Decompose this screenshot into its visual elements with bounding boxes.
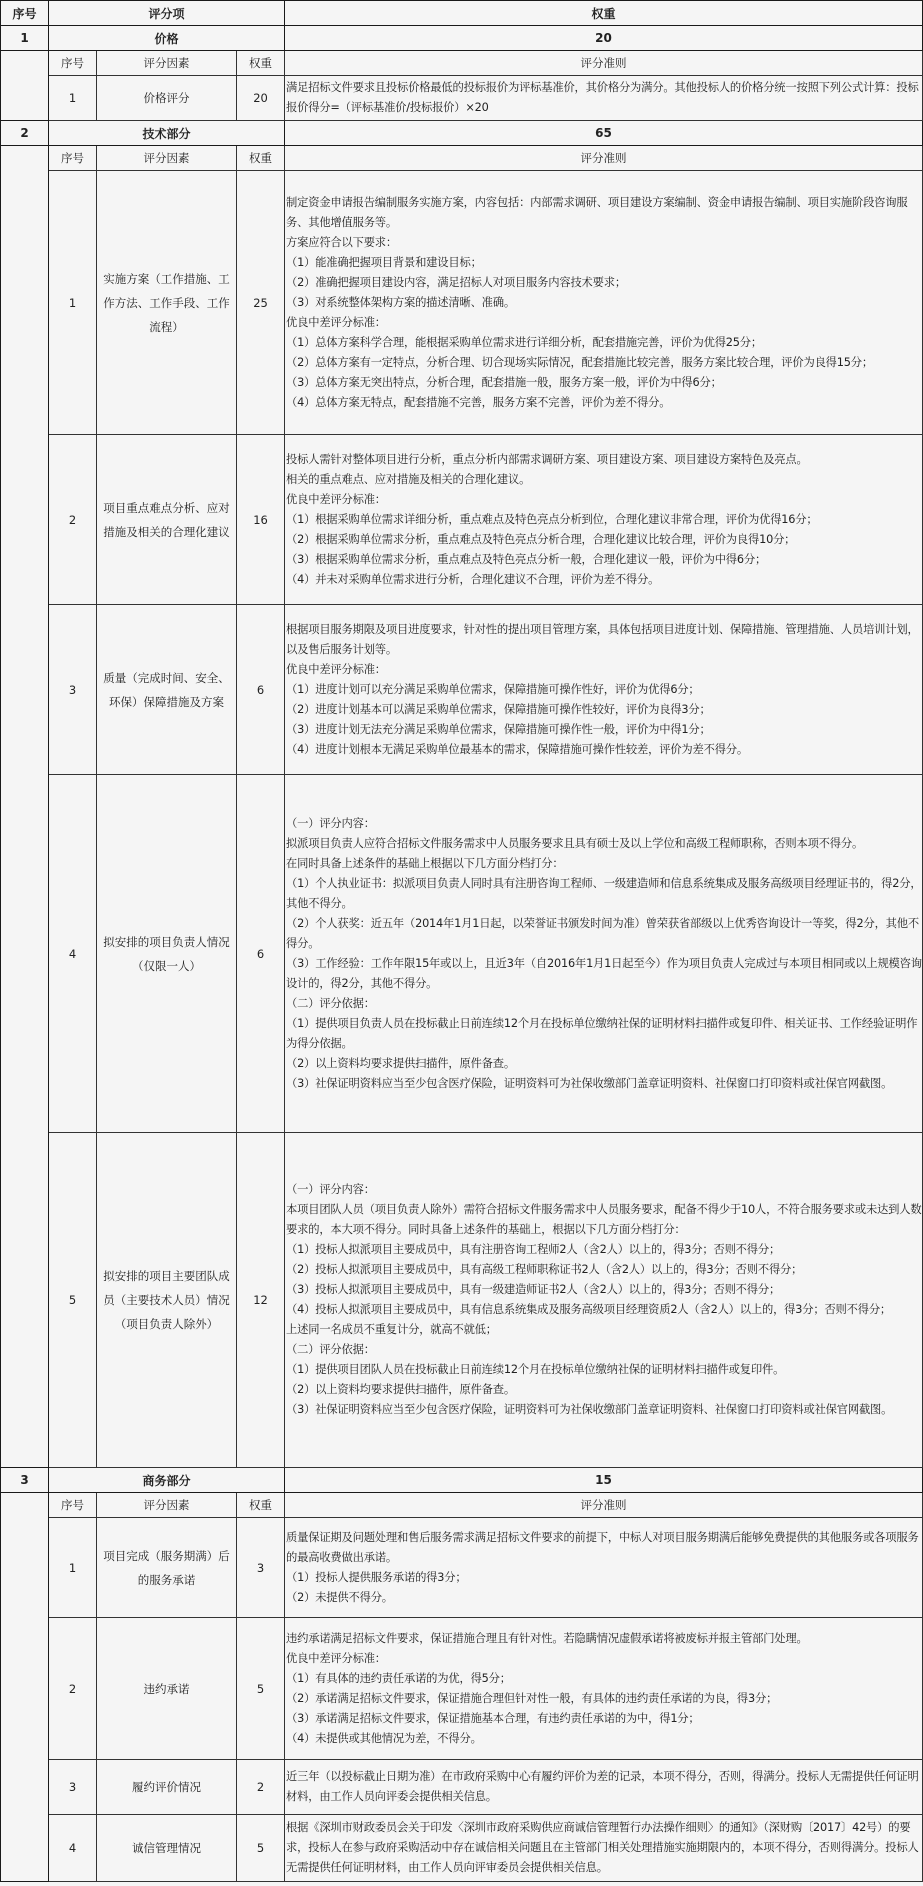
criteria-line: （3）进度计划无法充分满足采购单位需求，保障措施可操作性一般，评价为中得1分； — [286, 720, 922, 740]
section-name: 技术部分 — [49, 121, 285, 146]
item-seq: 4 — [49, 1815, 97, 1882]
subheader-factor: 评分因素 — [97, 51, 237, 76]
criteria-line: 本项目团队人员（项目负责人除外）需符合招标文件服务需求中人员服务要求，配备不得少… — [286, 1200, 922, 1240]
table-row: 4诚信管理情况5根据《深圳市财政委员会关于印发〈深圳市政府采购供应商诚信管理暂行… — [1, 1815, 923, 1882]
scoring-table: 序号 评分项 权重 1价格20序号评分因素权重评分准则1价格评分20满足招标文件… — [0, 0, 923, 1882]
header-item: 评分项 — [49, 1, 285, 26]
criteria-line: 方案应符合以下要求： — [286, 233, 922, 253]
item-factor: 诚信管理情况 — [97, 1815, 237, 1882]
criteria-line: 优良中差评分标准： — [286, 660, 922, 680]
table-row: 1实施方案（工作措施、工作方法、工作手段、工作流程）25制定资金申请报告编制服务… — [1, 171, 923, 435]
item-criteria: （一）评分内容：本项目团队人员（项目负责人除外）需符合招标文件服务需求中人员服务… — [285, 1133, 923, 1468]
item-factor: 价格评分 — [97, 76, 237, 121]
item-criteria: 满足招标文件要求且投标价格最低的投标报价为评标基准价，其价格分为满分。其他投标人… — [285, 76, 923, 121]
criteria-line: 上述同一名成员不重复计分，就高不就低； — [286, 1320, 922, 1340]
item-weight: 6 — [237, 775, 285, 1133]
table-row: 2违约承诺5违约承诺满足招标文件要求，保证措施合理且有针对性。若隐瞒情况虚假承诺… — [1, 1618, 923, 1760]
section-weight: 15 — [285, 1468, 923, 1493]
criteria-line: （一）评分内容： — [286, 1180, 922, 1200]
criteria-line: （4）投标人拟派项目主要成员中，具有信息系统集成及服务高级项目经理资质2人（含2… — [286, 1300, 922, 1320]
item-criteria: 质量保证期及问题处理和售后服务需求满足招标文件要求的前提下，中标人对项目服务期满… — [285, 1518, 923, 1618]
table-row: 2项目重点难点分析、应对措施及相关的合理化建议16投标人需针对整体项目进行分析，… — [1, 435, 923, 605]
criteria-line: （3）对系统整体架构方案的描述清晰、准确。 — [286, 293, 922, 313]
item-weight: 6 — [237, 605, 285, 775]
item-factor: 拟安排的项目负责人情况（仅限一人） — [97, 775, 237, 1133]
section-seq: 3 — [1, 1468, 49, 1493]
table-row: 5拟安排的项目主要团队成员（主要技术人员）情况（项目负责人除外）12（一）评分内… — [1, 1133, 923, 1468]
item-seq: 1 — [49, 171, 97, 435]
criteria-line: （2）以上资料均要求提供扫描件，原件备查。 — [286, 1380, 922, 1400]
item-weight: 16 — [237, 435, 285, 605]
subheader-criteria: 评分准则 — [285, 146, 923, 171]
criteria-line: （4）总体方案无特点，配套措施不完善，服务方案不完善，评价为差不得分。 — [286, 393, 922, 413]
criteria-line: （2）承诺满足招标文件要求，保证措施合理但针对性一般，有具体的违约责任承诺的为良… — [286, 1689, 922, 1709]
criteria-line: 质量保证期及问题处理和售后服务需求满足招标文件要求的前提下，中标人对项目服务期满… — [286, 1528, 922, 1568]
subheader-seq: 序号 — [49, 146, 97, 171]
criteria-line: 优良中差评分标准： — [286, 313, 922, 333]
subheader-weight: 权重 — [237, 51, 285, 76]
item-weight: 20 — [237, 76, 285, 121]
table-row: 3履约评价情况2近三年（以投标截止日期为准）在市政府采购中心有履约评价为差的记录… — [1, 1760, 923, 1815]
section-name: 商务部分 — [49, 1468, 285, 1493]
criteria-line: （2）投标人拟派项目主要成员中，具有高级工程师职称证书2人（含2人）以上的，得3… — [286, 1260, 922, 1280]
item-seq: 3 — [49, 1760, 97, 1815]
item-factor: 拟安排的项目主要团队成员（主要技术人员）情况（项目负责人除外） — [97, 1133, 237, 1468]
table-row: 3质量（完成时间、安全、环保）保障措施及方案6根据项目服务期限及项目进度要求，针… — [1, 605, 923, 775]
criteria-line: （1）总体方案科学合理，能根据采购单位需求进行详细分析，配套措施完善，评价为优得… — [286, 333, 922, 353]
item-criteria: 近三年（以投标截止日期为准）在市政府采购中心有履约评价为差的记录，本项不得分，否… — [285, 1760, 923, 1815]
criteria-line: 根据项目服务期限及项目进度要求，针对性的提出项目管理方案，具体包括项目进度计划、… — [286, 620, 922, 660]
subheader-factor: 评分因素 — [97, 146, 237, 171]
subheader-criteria: 评分准则 — [285, 1493, 923, 1518]
header-weight: 权重 — [285, 1, 923, 26]
item-criteria: （一）评分内容：拟派项目负责人应符合招标文件服务需求中人员服务要求且具有硕士及以… — [285, 775, 923, 1133]
criteria-line: （一）评分内容： — [286, 814, 922, 834]
criteria-line: （2）个人获奖：近五年（2014年1月1日起，以荣誉证书颁发时间为准）曾荣获省部… — [286, 914, 922, 954]
subheader-factor: 评分因素 — [97, 1493, 237, 1518]
section-seq: 1 — [1, 26, 49, 51]
criteria-line: 优良中差评分标准： — [286, 1649, 922, 1669]
item-seq: 4 — [49, 775, 97, 1133]
criteria-line: （2）以上资料均要求提供扫描件，原件备查。 — [286, 1054, 922, 1074]
criteria-line: 优良中差评分标准： — [286, 490, 922, 510]
criteria-line: （4）并未对采购单位需求进行分析，合理化建议不合理，评价为差不得分。 — [286, 570, 922, 590]
item-factor: 履约评价情况 — [97, 1760, 237, 1815]
item-weight: 3 — [237, 1518, 285, 1618]
section-weight: 20 — [285, 26, 923, 51]
item-seq: 3 — [49, 605, 97, 775]
subheader-seq: 序号 — [49, 51, 97, 76]
criteria-line: （1）进度计划可以充分满足采购单位需求，保障措施可操作性好，评价为优得6分； — [286, 680, 922, 700]
criteria-line: 近三年（以投标截止日期为准）在市政府采购中心有履约评价为差的记录，本项不得分，否… — [286, 1767, 922, 1807]
item-seq: 1 — [49, 1518, 97, 1618]
criteria-line: （1）投标人提供服务承诺的得3分； — [286, 1568, 922, 1588]
criteria-line: （3）承诺满足招标文件要求，保证措施基本合理，有违约责任承诺的为中，得1分； — [286, 1709, 922, 1729]
criteria-line: 制定资金申请报告编制服务实施方案，内容包括：内部需求调研、项目建设方案编制、资金… — [286, 193, 922, 233]
criteria-line: （二）评分依据： — [286, 994, 922, 1014]
subheader-row: 序号评分因素权重评分准则 — [1, 1493, 923, 1518]
criteria-line: 拟派项目负责人应符合招标文件服务需求中人员服务要求且具有硕士及以上学位和高级工程… — [286, 834, 922, 854]
subheader-criteria: 评分准则 — [285, 51, 923, 76]
criteria-line: （1）个人执业证书：拟派项目负责人同时具有注册咨询工程师、一级建造师和信息系统集… — [286, 874, 922, 914]
criteria-line: （2）准确把握项目建设内容，满足招标人对项目服务内容技术要求； — [286, 273, 922, 293]
item-criteria: 投标人需针对整体项目进行分析，重点分析内部需求调研方案、项目建设方案、项目建设方… — [285, 435, 923, 605]
item-weight: 5 — [237, 1815, 285, 1882]
item-weight: 5 — [237, 1618, 285, 1760]
table-row: 4拟安排的项目负责人情况（仅限一人）6（一）评分内容：拟派项目负责人应符合招标文… — [1, 775, 923, 1133]
item-seq: 5 — [49, 1133, 97, 1468]
section-weight: 65 — [285, 121, 923, 146]
criteria-line: （3）工作经验：工作年限15年或以上，且近3年（自2016年1月1日起至今）作为… — [286, 954, 922, 994]
item-seq: 2 — [49, 435, 97, 605]
item-criteria: 根据项目服务期限及项目进度要求，针对性的提出项目管理方案，具体包括项目进度计划、… — [285, 605, 923, 775]
section-seq: 2 — [1, 121, 49, 146]
item-criteria: 违约承诺满足招标文件要求，保证措施合理且有针对性。若隐瞒情况虚假承诺将被废标并报… — [285, 1618, 923, 1760]
section-row: 1价格20 — [1, 26, 923, 51]
subheader-weight: 权重 — [237, 1493, 285, 1518]
criteria-line: （1）根据采购单位需求详细分析，重点难点及特色亮点分析到位，合理化建议非常合理，… — [286, 510, 922, 530]
criteria-line: （二）评分依据： — [286, 1340, 922, 1360]
criteria-line: 满足招标文件要求且投标价格最低的投标报价为评标基准价，其价格分为满分。其他投标人… — [286, 78, 922, 118]
table-row: 1价格评分20满足招标文件要求且投标价格最低的投标报价为评标基准价，其价格分为满… — [1, 76, 923, 121]
criteria-line: （2）未提供不得分。 — [286, 1588, 922, 1608]
subheader-row: 序号评分因素权重评分准则 — [1, 51, 923, 76]
criteria-line: （1）提供项目团队人员在投标截止日前连续12个月在投标单位缴纳社保的证明材料扫描… — [286, 1360, 922, 1380]
section-spacer — [1, 1493, 49, 1882]
header-seq: 序号 — [1, 1, 49, 26]
subheader-row: 序号评分因素权重评分准则 — [1, 146, 923, 171]
criteria-line: （2）总体方案有一定特点，分析合理、切合现场实际情况，配套措施比较完善，服务方案… — [286, 353, 922, 373]
section-spacer — [1, 146, 49, 1468]
item-factor: 项目完成（服务期满）后的服务承诺 — [97, 1518, 237, 1618]
criteria-line: （2）根据采购单位需求分析，重点难点及特色亮点分析合理，合理化建议比较合理，评价… — [286, 530, 922, 550]
criteria-line: （1）提供项目负责人员在投标截止日前连续12个月在投标单位缴纳社保的证明材料扫描… — [286, 1014, 922, 1054]
criteria-line: （3）总体方案无突出特点，分析合理，配套措施一般，服务方案一般，评价为中得6分； — [286, 373, 922, 393]
item-criteria: 根据《深圳市财政委员会关于印发〈深圳市政府采购供应商诚信管理暂行办法操作细则〉的… — [285, 1815, 923, 1882]
item-factor: 质量（完成时间、安全、环保）保障措施及方案 — [97, 605, 237, 775]
item-factor: 项目重点难点分析、应对措施及相关的合理化建议 — [97, 435, 237, 605]
criteria-line: （3）社保证明资料应当至少包含医疗保险，证明资料可为社保收缴部门盖章证明资料、社… — [286, 1400, 922, 1420]
item-seq: 2 — [49, 1618, 97, 1760]
criteria-line: （3）投标人拟派项目主要成员中，具有一级建造师证书2人（含2人）以上的，得3分；… — [286, 1280, 922, 1300]
subheader-seq: 序号 — [49, 1493, 97, 1518]
criteria-line: 投标人需针对整体项目进行分析，重点分析内部需求调研方案、项目建设方案、项目建设方… — [286, 450, 922, 470]
criteria-line: （3）社保证明资料应当至少包含医疗保险，证明资料可为社保收缴部门盖章证明资料、社… — [286, 1074, 922, 1094]
criteria-line: 相关的重点难点、应对措施及相关的合理化建议。 — [286, 470, 922, 490]
table-header-row: 序号 评分项 权重 — [1, 1, 923, 26]
subheader-weight: 权重 — [237, 146, 285, 171]
section-row: 3商务部分15 — [1, 1468, 923, 1493]
section-name: 价格 — [49, 26, 285, 51]
criteria-line: （1）能准确把握项目背景和建设目标； — [286, 253, 922, 273]
section-spacer — [1, 51, 49, 121]
criteria-line: （1）有具体的违约责任承诺的为优，得5分； — [286, 1669, 922, 1689]
criteria-line: （4）未提供或其他情况为差，不得分。 — [286, 1729, 922, 1749]
section-row: 2技术部分65 — [1, 121, 923, 146]
item-seq: 1 — [49, 76, 97, 121]
criteria-line: （2）进度计划基本可以满足采购单位需求，保障措施可操作性较好，评价为良得3分； — [286, 700, 922, 720]
item-weight: 12 — [237, 1133, 285, 1468]
item-weight: 25 — [237, 171, 285, 435]
item-weight: 2 — [237, 1760, 285, 1815]
criteria-line: 违约承诺满足招标文件要求，保证措施合理且有针对性。若隐瞒情况虚假承诺将被废标并报… — [286, 1629, 922, 1649]
criteria-line: （4）进度计划根本无满足采购单位最基本的需求，保障措施可操作性较差，评价为差不得… — [286, 740, 922, 760]
criteria-line: 根据《深圳市财政委员会关于印发〈深圳市政府采购供应商诚信管理暂行办法操作细则〉的… — [286, 1818, 922, 1878]
table-row: 1项目完成（服务期满）后的服务承诺3质量保证期及问题处理和售后服务需求满足招标文… — [1, 1518, 923, 1618]
item-factor: 实施方案（工作措施、工作方法、工作手段、工作流程） — [97, 171, 237, 435]
criteria-line: 在同时具备上述条件的基础上根据以下几方面分档打分： — [286, 854, 922, 874]
criteria-line: （1）投标人拟派项目主要成员中，具有注册咨询工程师2人（含2人）以上的，得3分；… — [286, 1240, 922, 1260]
item-factor: 违约承诺 — [97, 1618, 237, 1760]
item-criteria: 制定资金申请报告编制服务实施方案，内容包括：内部需求调研、项目建设方案编制、资金… — [285, 171, 923, 435]
criteria-line: （3）根据采购单位需求分析，重点难点及特色亮点分析一般，合理化建议一般，评价为中… — [286, 550, 922, 570]
